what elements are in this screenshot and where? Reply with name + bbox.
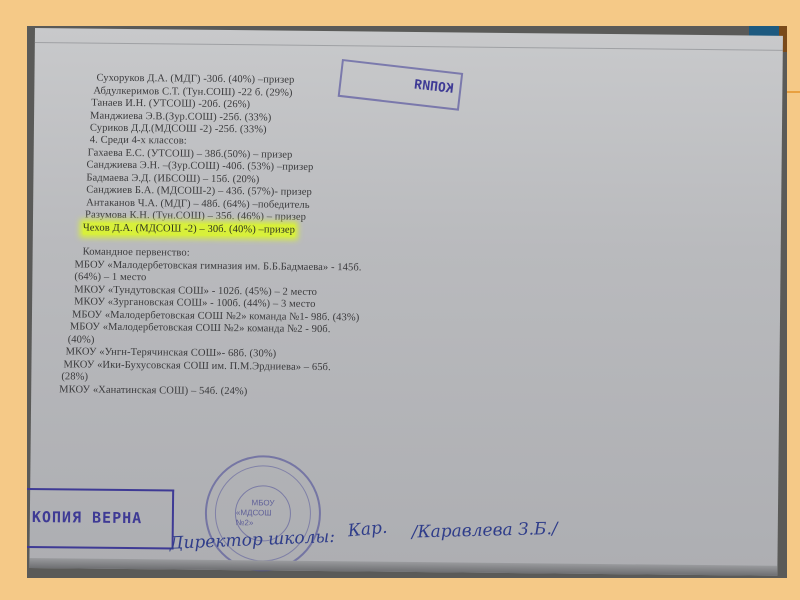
team-line: МКОУ «Ики-Бухусовская СОШ им. П.М.Эрдние… [63, 359, 330, 374]
document-photo: КОПИЯ Сухоруков Д.А. (МДГ) -30б. (40%) –… [27, 26, 787, 578]
team-line: (64%) – 1 место [74, 271, 146, 284]
stamp-copy-verified: КОПИЯ ВЕРНА [27, 488, 174, 550]
signature-label: Директор школы: [169, 527, 335, 554]
team-heading: Командное первенство: [83, 247, 190, 261]
paper-bottom-edge [29, 558, 777, 576]
paper-fold [35, 42, 783, 51]
team-line: (40%) [68, 334, 95, 347]
paper-sheet: КОПИЯ Сухоруков Д.А. (МДГ) -30б. (40%) –… [29, 28, 783, 576]
team-line: МБОУ «Малодербетовская СОШ №2» команда №… [70, 321, 331, 336]
seal-text-line: «МДСОШ №2» [236, 508, 290, 529]
accent-line [787, 91, 800, 93]
stamp-top-text: КОПИЯ [414, 77, 455, 96]
stamp-copy-text: КОПИЯ ВЕРНА [32, 508, 143, 527]
signature-mark: Кар. [347, 518, 388, 542]
team-line: (28%) [61, 371, 88, 384]
team-line: МКОУ «Ханатинская СОШ) – 54б. (24%) [59, 384, 247, 399]
signature-name: /Каравлева З.Б./ [412, 519, 558, 543]
seal-text-line: МБОУ [251, 498, 274, 508]
stamp-top: КОПИЯ [338, 59, 464, 111]
school-seal: МБОУ «МДСОШ №2» [204, 455, 321, 572]
highlighted-result-line: Чехов Д.А. (МДСОШ -2) – 30б. (40%) –приз… [83, 222, 295, 237]
section-heading: 4. Среди 4-х классов: [90, 135, 187, 149]
